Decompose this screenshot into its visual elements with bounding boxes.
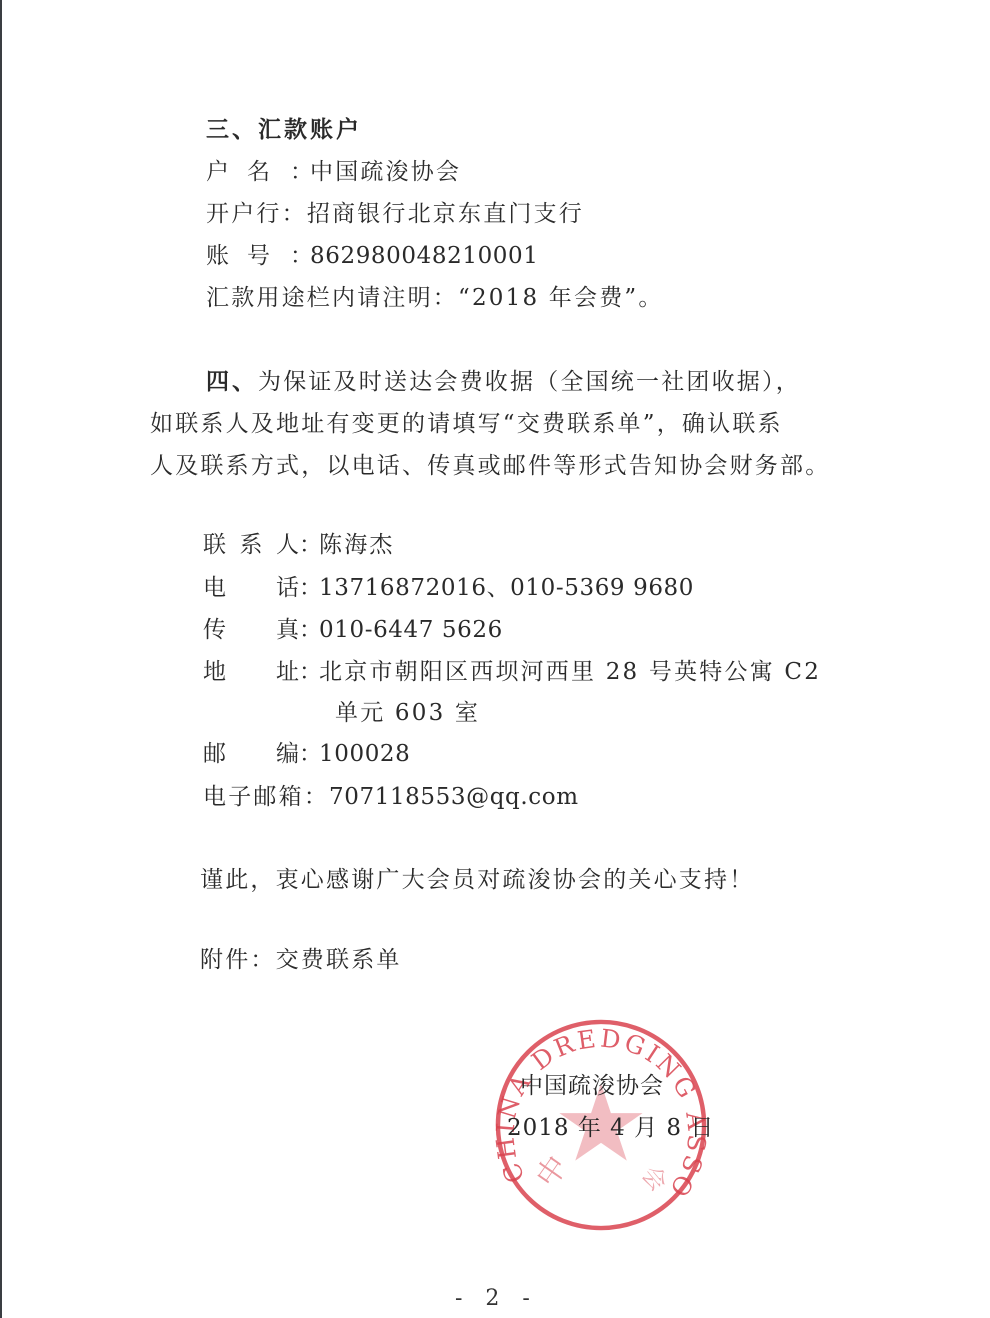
section-4-line-1: 四、为保证及时送达会费收据（全国统一社团收据）， [206, 367, 801, 397]
address-row: 地址：北京市朝阳区西坝河西里 28 号英特公寓 C2 [203, 657, 821, 687]
bank-label: 开户行 [206, 201, 282, 227]
fax-label: 传真 [203, 615, 311, 645]
phone-value: 13716872016、010-5369 9680 [319, 575, 694, 601]
attachment-label: 附件 [200, 947, 250, 973]
email-label: 电子邮箱 [203, 784, 304, 810]
attachment-row: 附件：交费联系单 [200, 945, 402, 975]
svg-text:中: 中 [529, 1150, 575, 1194]
attachment-value: 交费联系单 [276, 947, 402, 973]
account-number-row: 账号：862980048210001 [206, 241, 539, 271]
email-row: 电子邮箱：707118553@qq.com [203, 782, 579, 812]
section-4-heading: 四、 [206, 368, 258, 395]
address-value-line-1: 北京市朝阳区西坝河西里 28 号英特公寓 C2 [319, 659, 821, 685]
closing-thanks: 谨此，衷心感谢广大会员对疏浚协会的关心支持！ [200, 865, 754, 895]
section-4-line-2: 如联系人及地址有变更的请填写“交费联系单”，确认联系 [150, 409, 783, 439]
account-name-value: 中国疏浚协会 [310, 159, 461, 185]
page-number: - 2 - [455, 1286, 538, 1311]
fax-row: 传真：010-6447 5626 [203, 615, 503, 645]
contact-person-value: 陈海杰 [319, 532, 395, 558]
account-number-value: 862980048210001 [310, 243, 539, 269]
postcode-label: 邮编 [203, 739, 311, 769]
signature-organization: 中国疏浚协会 [520, 1071, 664, 1101]
page-left-edge [0, 0, 2, 1318]
contact-person-label: 联系人 [203, 530, 311, 560]
phone-label: 电话 [203, 573, 311, 603]
fax-value: 010-6447 5626 [319, 617, 503, 643]
phone-row: 电话：13716872016、010-5369 9680 [203, 573, 694, 603]
remittance-purpose-note: 汇款用途栏内请注明：“2018 年会费”。 [206, 283, 664, 313]
postcode-value: 100028 [319, 741, 410, 767]
account-name-row: 户名：中国疏浚协会 [206, 157, 461, 187]
signature-date: 2018 年 4 月 8 日 [507, 1113, 714, 1143]
bank-value: 招商银行北京东直门支行 [307, 201, 584, 227]
section-4-line-3: 人及联系方式，以电话、传真或邮件等形式告知协会财务部。 [150, 451, 830, 481]
address-value-line-2: 单元 603 室 [335, 698, 480, 728]
email-value: 707118553@qq.com [329, 784, 579, 810]
address-label: 地址 [203, 657, 311, 687]
bank-row: 开户行：招商银行北京东直门支行 [206, 199, 584, 229]
section-3-heading: 三、汇款账户 [206, 115, 362, 145]
postcode-row: 邮编：100028 [203, 739, 410, 769]
svg-text:CHINA DREDGING ASSOCIATION: CHINA DREDGING ASSOCIATION [492, 1016, 710, 1205]
svg-text:会: 会 [636, 1160, 673, 1196]
contact-person-row: 联系人：陈海杰 [203, 530, 395, 560]
